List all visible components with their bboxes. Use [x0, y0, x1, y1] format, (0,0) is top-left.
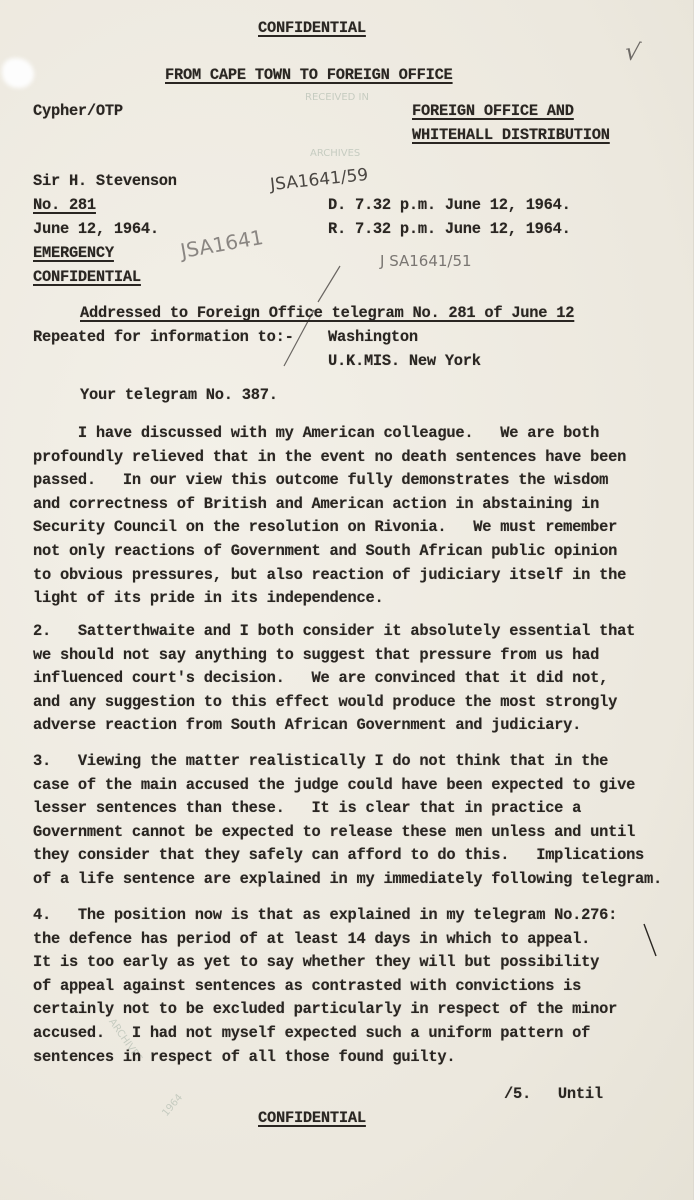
paper-blemish [2, 58, 34, 88]
paragraph-line: lesser sentences than these. It is clear… [33, 797, 693, 821]
cypher-label: Cypher/OTP [33, 100, 123, 124]
paragraph-line: I have discussed with my American collea… [33, 422, 693, 446]
paragraph-line: 2. Satterthwaite and I both consider it … [33, 620, 693, 644]
paragraph-4: 4. The position now is that as explained… [33, 904, 693, 1069]
route-title: FROM CAPE TOWN TO FOREIGN OFFICE [165, 64, 453, 88]
telegram-date: June 12, 1964. [33, 218, 159, 242]
paragraph-3: 3. Viewing the matter realistically I do… [33, 750, 693, 892]
paragraph-line: of a life sentence are explained in my i… [33, 868, 693, 892]
classification-line: CONFIDENTIAL [33, 266, 141, 290]
addressed-line: Addressed to Foreign Office telegram No.… [80, 302, 574, 326]
repeated-to-1: Washington [328, 326, 418, 350]
paragraph-line: Government cannot be expected to release… [33, 821, 693, 845]
paragraph-line: the defence has period of at least 14 da… [33, 928, 693, 952]
paragraph-line: adverse reaction from South African Gove… [33, 714, 693, 738]
footer-classification: CONFIDENTIAL [258, 1107, 366, 1131]
paragraph-line: light of its pride in its independence. [33, 587, 693, 611]
paragraph-line: sentences in respect of all those found … [33, 1046, 693, 1070]
paragraph-line: and any suggestion to this effect would … [33, 691, 693, 715]
paragraph-line: certainly not to be excluded particularl… [33, 998, 693, 1022]
paragraph-line: to obvious pressures, but also reaction … [33, 564, 693, 588]
paragraph-line: we should not say anything to suggest th… [33, 644, 693, 668]
handwritten-ref-right: J SA1641/51 [380, 252, 472, 270]
faint-stamp-top-2: ARCHIVES [310, 148, 360, 159]
paragraph-line: accused. I had not myself expected such … [33, 1022, 693, 1046]
paragraph-line: profoundly relieved that in the event no… [33, 446, 693, 470]
header-classification: CONFIDENTIAL [258, 17, 366, 41]
paragraph-2: 2. Satterthwaite and I both consider it … [33, 620, 693, 738]
paragraph-line: 3. Viewing the matter realistically I do… [33, 750, 693, 774]
paragraph-line: passed. In our view this outcome fully d… [33, 469, 693, 493]
paragraph-line: 4. The position now is that as explained… [33, 904, 693, 928]
paragraph-line: they consider that they safely can affor… [33, 844, 693, 868]
sender-name: Sir H. Stevenson [33, 170, 177, 194]
repeated-label: Repeated for information to:- [33, 326, 294, 350]
telegram-number: No. 281 [33, 194, 96, 218]
paragraph-line: of appeal against sentences as contraste… [33, 975, 693, 999]
faint-stamp-top: RECEIVED IN [305, 92, 369, 103]
priority-label: EMERGENCY [33, 242, 114, 266]
paragraph-line: Security Council on the resolution on Ri… [33, 516, 693, 540]
paragraph-line: influenced court's decision. We are conv… [33, 667, 693, 691]
distribution-line-2: WHITEHALL DISTRIBUTION [412, 124, 610, 148]
paragraph-line: case of the main accused the judge could… [33, 774, 693, 798]
repeated-to-2: U.K.MIS. New York [328, 350, 481, 374]
despatched-time: D. 7.32 p.m. June 12, 1964. [328, 194, 571, 218]
continuation-marker: /5. Until [504, 1083, 603, 1107]
paragraph-line: not only reactions of Government and Sou… [33, 540, 693, 564]
paragraph-line: and correctness of British and American … [33, 493, 693, 517]
received-time: R. 7.32 p.m. June 12, 1964. [328, 218, 571, 242]
handwritten-margin-stroke [640, 920, 670, 960]
page-edge [693, 0, 700, 1200]
paragraph-1: I have discussed with my American collea… [33, 422, 693, 611]
reference-line: Your telegram No. 387. [80, 384, 278, 408]
distribution-line-1: FOREIGN OFFICE AND [412, 100, 574, 124]
paragraph-line: It is too early as yet to say whether th… [33, 951, 693, 975]
